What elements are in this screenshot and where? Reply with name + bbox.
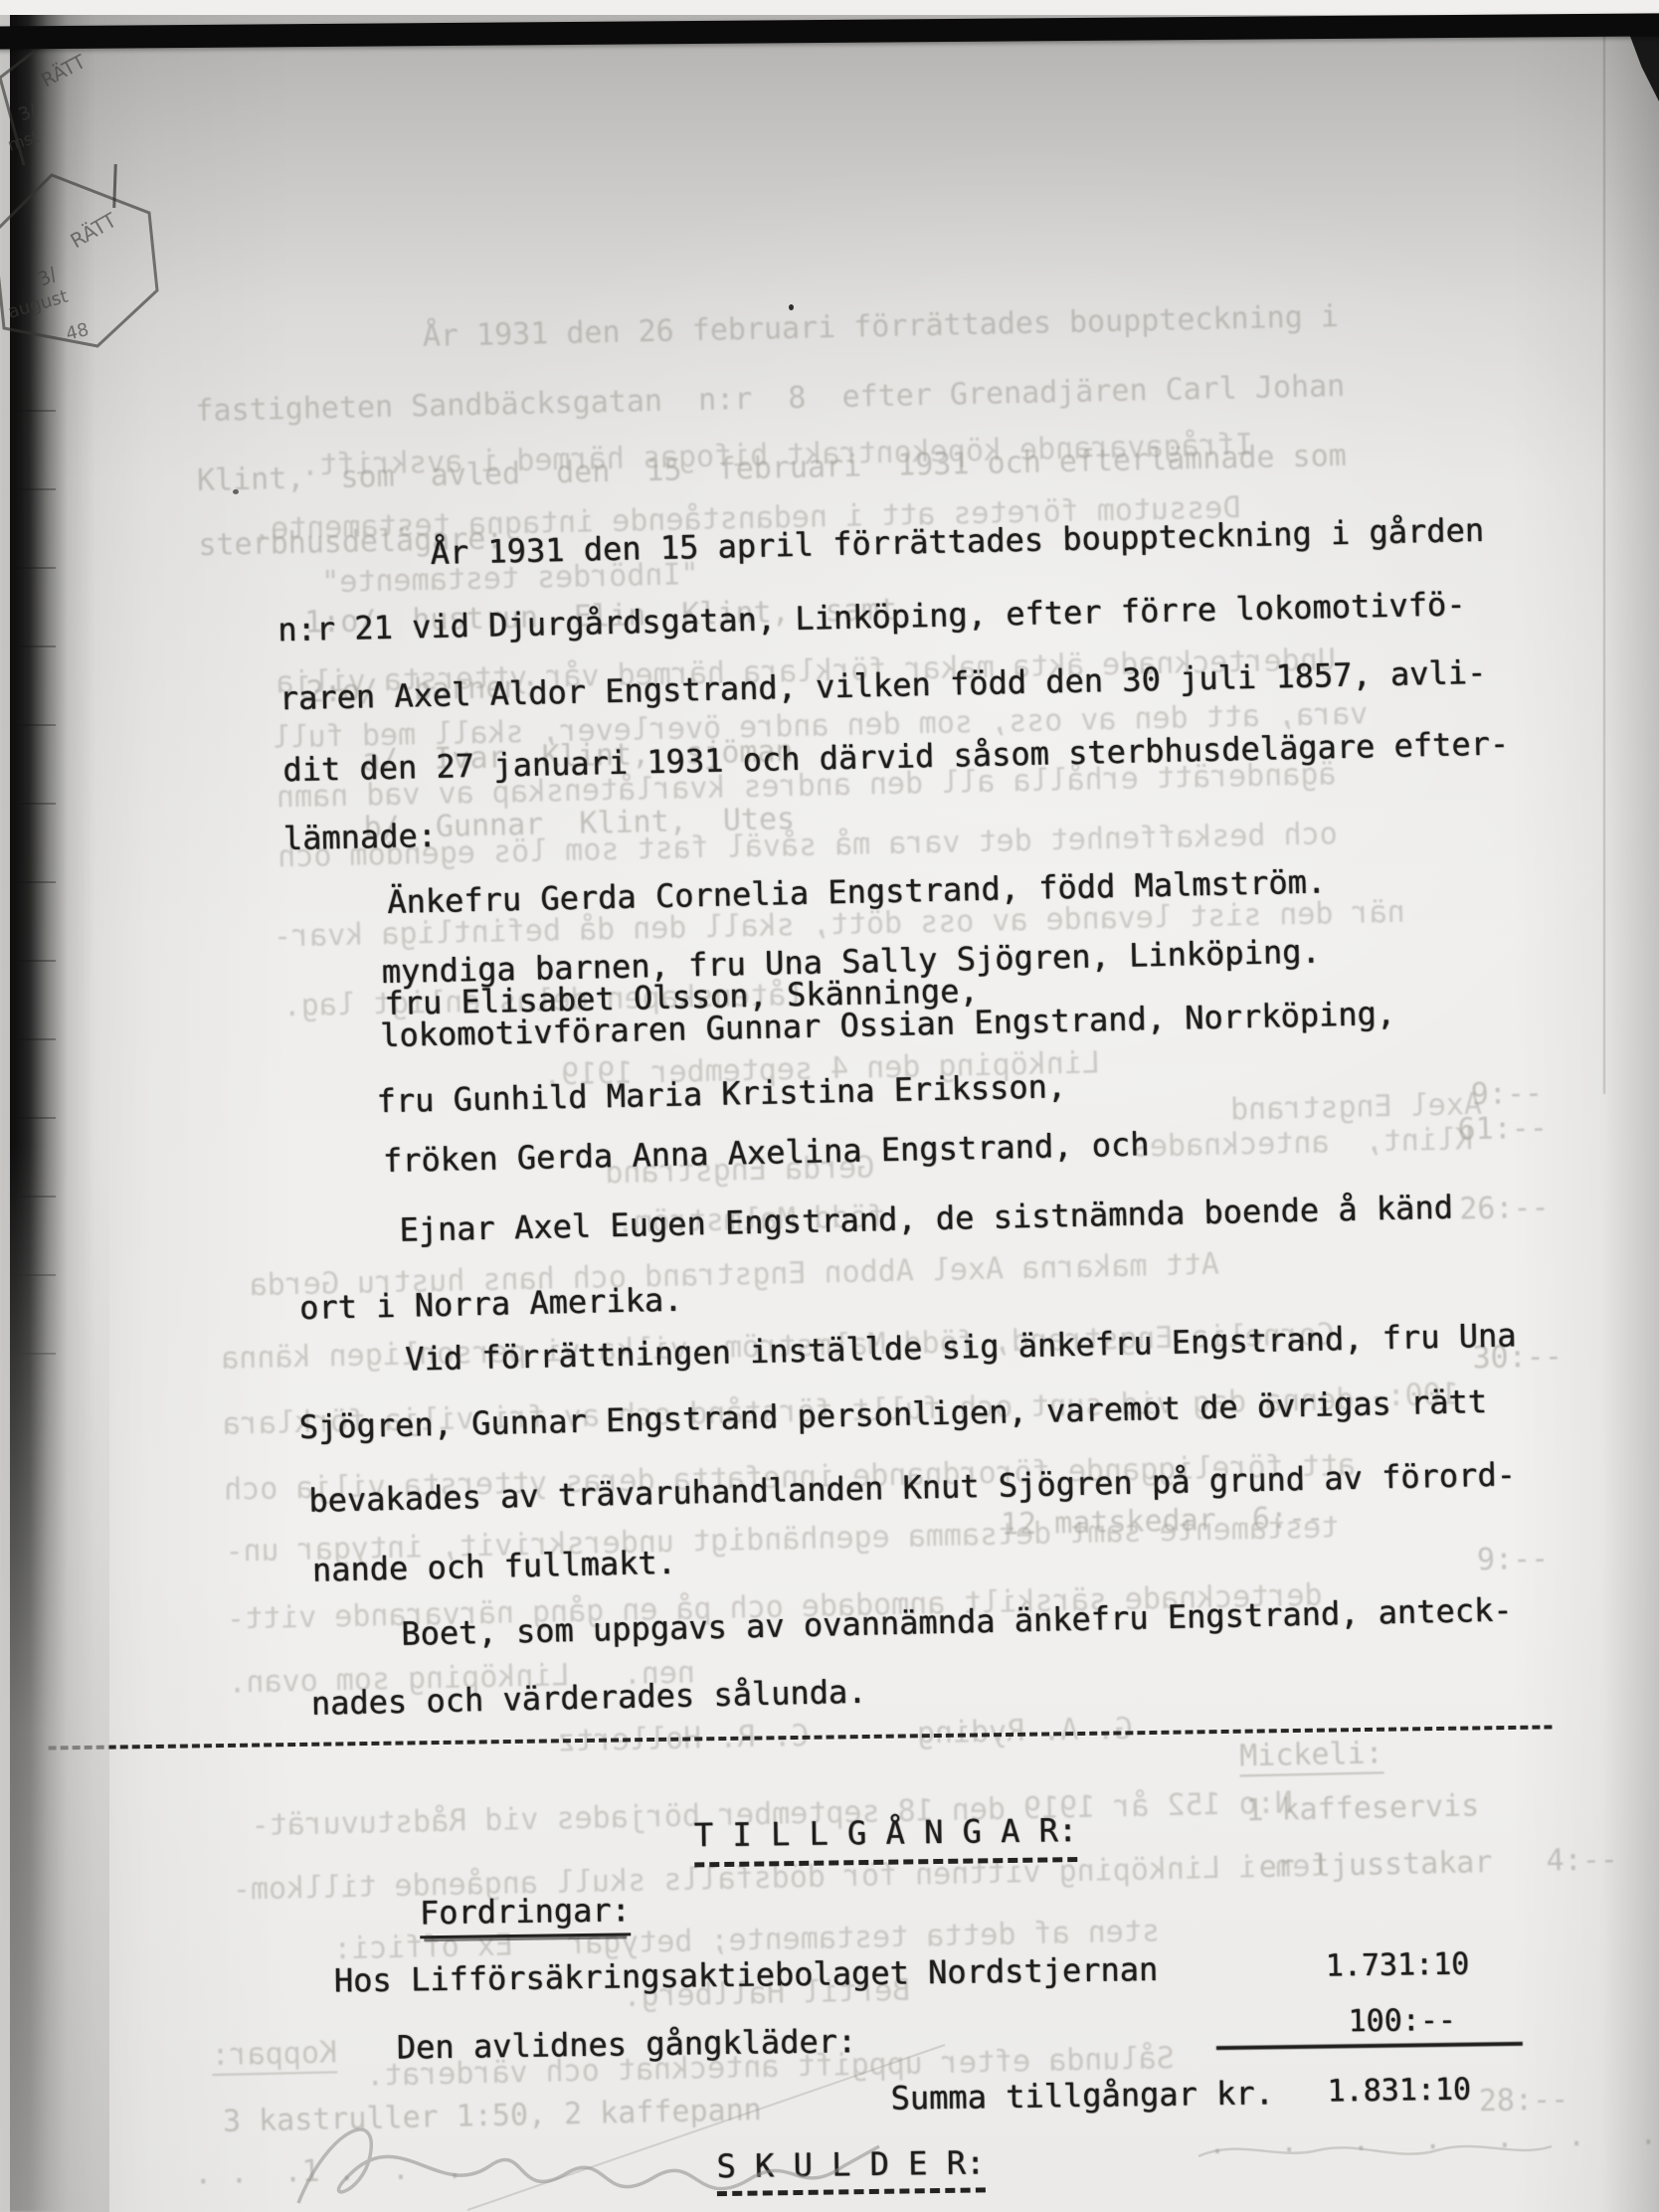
stamp-text: RÄTT	[67, 208, 121, 254]
stamp-hexagon-top: RÄTT 3/ mst	[0, 30, 143, 169]
top-margin-strip	[0, 0, 1659, 15]
ink-speck	[233, 489, 239, 494]
stamp-text: 3/	[35, 263, 62, 290]
ink-speck	[789, 304, 794, 310]
stamp-text: august	[6, 286, 71, 323]
stamp-text: 48	[64, 319, 91, 345]
pencil-scrawl	[0, 0, 1659, 2212]
stamp-text: mst	[5, 127, 42, 156]
stamp-text: RÄTT	[38, 50, 90, 92]
stamp-text: 3/	[15, 99, 40, 126]
right-edge-seam	[1603, 0, 1605, 1094]
stamp-hexagon-bottom: RÄTT 3/ august 48	[0, 171, 164, 350]
scanned-document-page: Ifrågavarande köpekontrakt bifogas härme…	[0, 0, 1659, 2212]
right-edge-shadow	[1601, 0, 1659, 2212]
gutter-fade	[0, 1144, 109, 2212]
